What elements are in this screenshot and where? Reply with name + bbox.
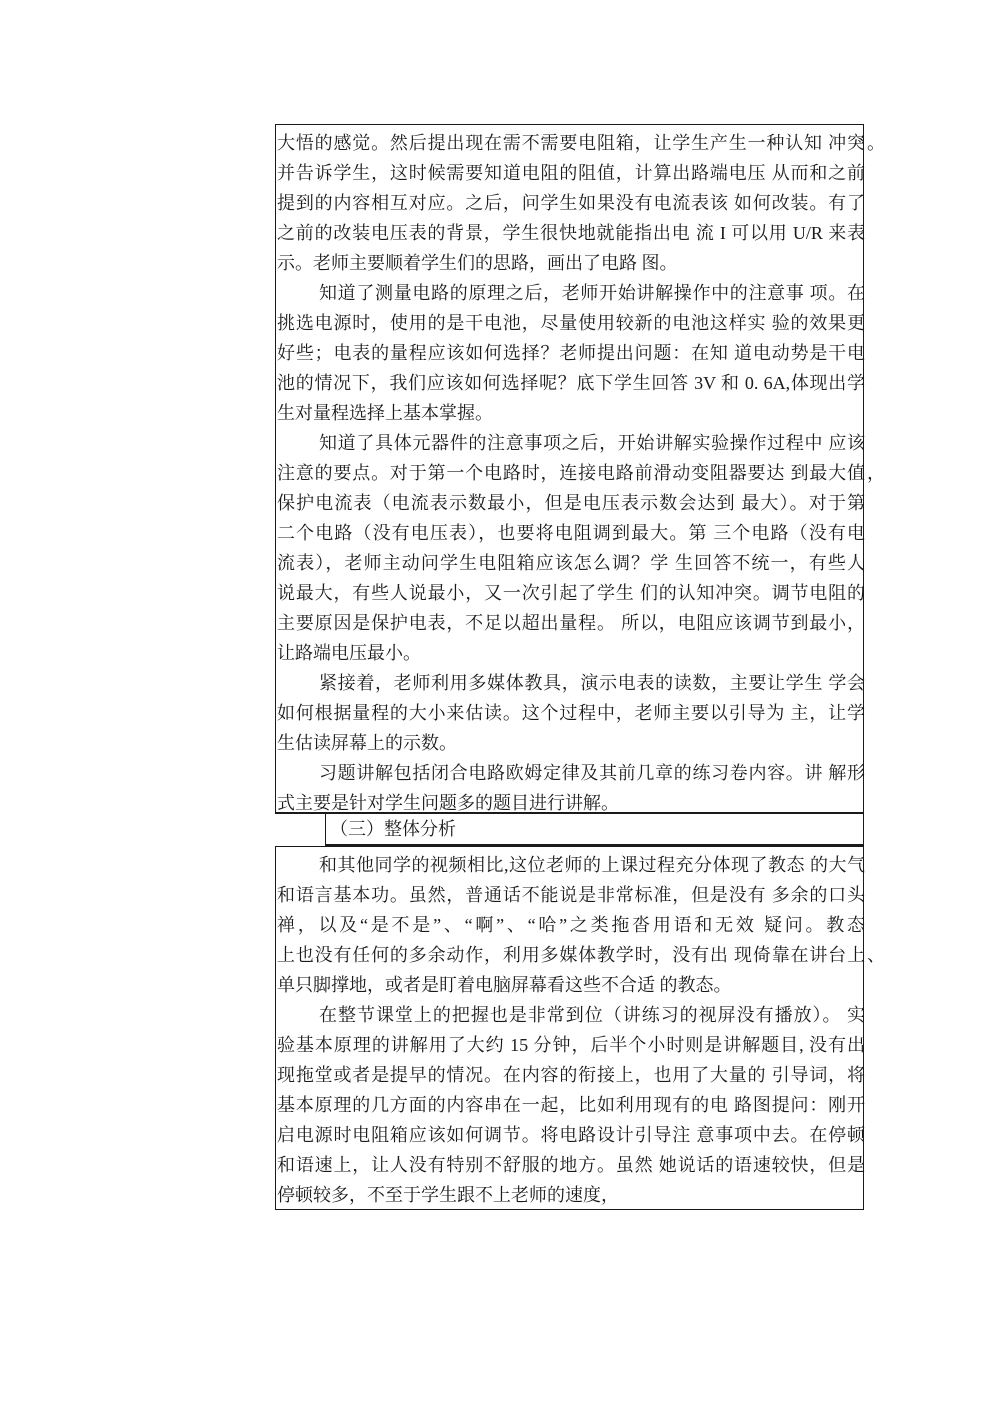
paragraph: 习题讲解包括闭合电路欧姆定律及其前几章的练习卷内容。讲 解形式主要是针对学生问题… <box>277 758 863 818</box>
overflow-punctuation: ， <box>867 458 885 488</box>
text-line: 保护电流表（电流表示数最小，但是电压表示数会达到 最大）。对于第 <box>277 488 863 518</box>
text-line: 主要原因是保护电表，不足以超出量程。 所以，电阻应该调节到最小， <box>277 608 863 638</box>
section-heading-row: （三）整体分析 <box>325 813 864 846</box>
text-line: 二个电路（没有电压表），也要将电阻调到最大。第 三个电路（没有电 <box>277 518 863 548</box>
text-line: 提到的内容相互对应。之后，问学生如果没有电流表该 如何改装。有了 <box>277 188 863 218</box>
paragraph: 大悟的感觉。然后提出现在需不需要电阻箱，让学生产生一种认知 冲突。并告诉学生，这… <box>277 128 863 278</box>
lesson-process-text: 大悟的感觉。然后提出现在需不需要电阻箱，让学生产生一种认知 冲突。并告诉学生，这… <box>276 125 863 818</box>
text-line: 验基本原理的讲解用了大约 15 分钟，后半个小时则是讲解题目, 没有出 <box>277 1030 863 1060</box>
paragraph: 紧接着，老师利用多媒体教具，演示电表的读数，主要让学生 学会如何根据量程的大小来… <box>277 668 863 758</box>
text-line: 知道了具体元器件的注意事项之后，开始讲解实验操作过程中 应该 <box>277 428 863 458</box>
paragraph: 在整节课堂上的把握也是非常到位（讲练习的视屏没有播放）。 实验基本原理的讲解用了… <box>277 1000 863 1210</box>
section-heading-overall-analysis: （三）整体分析 <box>330 818 456 840</box>
overall-analysis-text: 和其他同学的视频相比,这位老师的上课过程充分体现了教态 的大气和语言基本功。虽然… <box>276 847 863 1210</box>
lesson-process-cell: 大悟的感觉。然后提出现在需不需要电阻箱，让学生产生一种认知 冲突。并告诉学生，这… <box>275 124 864 814</box>
text-line: 让路端电压最小。 <box>277 638 863 668</box>
text-line: 单只脚撑地，或者是盯着电脑屏幕看这些不合适 的教态。 <box>277 970 863 1000</box>
text-line: 启电源时电阻箱应该如何调节。将电路设计引导注 意事项中去。在停顿 <box>277 1120 863 1150</box>
text-line: 好些；电表的量程应该如何选择？老师提出问题：在知 道电动势是干电 <box>277 338 863 368</box>
text-line: 流表），老师主动问学生电阻箱应该怎么调？学 生回答不统一，有些人 <box>277 548 863 578</box>
text-line: 如何根据量程的大小来估读。这个过程中，老师主要以引导为 主，让学 <box>277 698 863 728</box>
overflow-punctuation: 。 <box>867 128 885 158</box>
text-line: 并告诉学生，这时候需要知道电阻的阻值，计算出路端电压 从而和之前 <box>277 158 863 188</box>
text-line: 注意的要点。对于第一个电路时，连接电路前滑动变阻器要达 到最大值， <box>277 458 863 488</box>
text-line: 生对量程选择上基本掌握。 <box>277 398 863 428</box>
text-line: 和语速上，让人没有特别不舒服的地方。虽然 她说话的语速较快，但是 <box>277 1150 863 1180</box>
text-line: 紧接着，老师利用多媒体教具，演示电表的读数，主要让学生 学会 <box>277 668 863 698</box>
document-page: 大悟的感觉。然后提出现在需不需要电阻箱，让学生产生一种认知 冲突。并告诉学生，这… <box>0 0 1000 1415</box>
text-line: 池的情况下，我们应该如何选择呢？底下学生回答 3V 和 0. 6A,体现出学 <box>277 368 863 398</box>
text-line: 习题讲解包括闭合电路欧姆定律及其前几章的练习卷内容。讲 解形 <box>277 758 863 788</box>
overflow-punctuation: 、 <box>867 940 885 970</box>
text-line: 在整节课堂上的把握也是非常到位（讲练习的视屏没有播放）。 实 <box>277 1000 863 1030</box>
text-line: 停顿较多，不至于学生跟不上老师的速度， <box>277 1180 863 1210</box>
text-line: 和语言基本功。虽然，普通话不能说是非常标准，但是没有 多余的口头 <box>277 880 863 910</box>
paragraph: 知道了测量电路的原理之后，老师开始讲解操作中的注意事 项。在挑选电源时，使用的是… <box>277 278 863 428</box>
text-line: 之前的改装电压表的背景，学生很快地就能指出电 流 I 可以用 U/R 来表 <box>277 218 863 248</box>
text-line: 说最大，有些人说最小，又一次引起了学生 们的认知冲突。调节电阻的 <box>277 578 863 608</box>
text-line: 基本原理的几方面的内容串在一起，比如利用现有的电 路图提问：刚开 <box>277 1090 863 1120</box>
text-line: 示。老师主要顺着学生们的思路，画出了电路 图。 <box>277 248 863 278</box>
text-line: 和其他同学的视频相比,这位老师的上课过程充分体现了教态 的大气 <box>277 850 863 880</box>
text-line: 禅，以及“是不是”、“啊”、“哈”之类拖沓用语和无效 疑问。教态 <box>277 910 863 940</box>
text-line: 大悟的感觉。然后提出现在需不需要电阻箱，让学生产生一种认知 冲突。 <box>277 128 863 158</box>
text-line: 现拖堂或者是提早的情况。在内容的衔接上，也用了大量的 引导词，将 <box>277 1060 863 1090</box>
paragraph: 和其他同学的视频相比,这位老师的上课过程充分体现了教态 的大气和语言基本功。虽然… <box>277 850 863 1000</box>
text-line: 挑选电源时，使用的是干电池，尽量使用较新的电池这样实 验的效果更 <box>277 308 863 338</box>
overall-analysis-cell: 和其他同学的视频相比,这位老师的上课过程充分体现了教态 的大气和语言基本功。虽然… <box>275 846 864 1210</box>
text-line: 知道了测量电路的原理之后，老师开始讲解操作中的注意事 项。在 <box>277 278 863 308</box>
text-line: 上也没有任何的多余动作，利用多媒体教学时，没有出 现倚靠在讲台上、 <box>277 940 863 970</box>
text-line: 生估读屏幕上的示数。 <box>277 728 863 758</box>
paragraph: 知道了具体元器件的注意事项之后，开始讲解实验操作过程中 应该注意的要点。对于第一… <box>277 428 863 668</box>
